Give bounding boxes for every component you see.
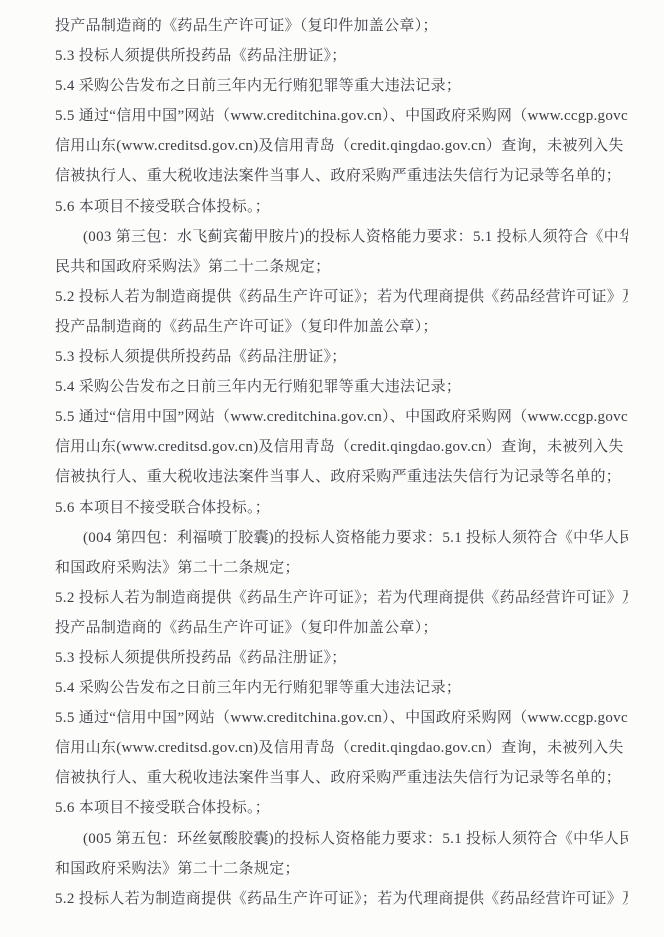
text-line: 5.6 本项目不接受联合体投标。； (55, 192, 628, 222)
text-line: 5.6 本项目不接受联合体投标。； (55, 493, 628, 523)
text-line: 投产品制造商的《药品生产许可证》（复印件加盖公章）； (55, 613, 628, 643)
text-line: 信用山东(www.creditsd.gov.cn)及信用青岛（credit.qi… (55, 131, 628, 161)
text-line: 信被执行人、重大税收违法案件当事人、政府采购严重违法失信行为记录等名单的； (55, 763, 628, 793)
text-line: 5.3 投标人须提供所投药品《药品注册证》； (55, 643, 628, 673)
text-line: 5.3 投标人须提供所投药品《药品注册证》； (55, 342, 628, 372)
text-line: 5.5 通过“信用中国”网站（www.creditchina.gov.cn）、中… (55, 402, 628, 432)
document-body: 投产品制造商的《药品生产许可证》（复印件加盖公章）；5.3 投标人须提供所投药品… (0, 0, 664, 914)
text-line: 5.2 投标人若为制造商提供《药品生产许可证》；若为代理商提供《药品经营许可证》… (55, 282, 628, 312)
text-line: 信用山东(www.creditsd.gov.cn)及信用青岛（credit.qi… (55, 733, 628, 763)
text-line: 5.2 投标人若为制造商提供《药品生产许可证》；若为代理商提供《药品经营许可证》… (55, 884, 628, 914)
text-line: 和国政府采购法》第二十二条规定； (55, 854, 628, 884)
document-page: 投产品制造商的《药品生产许可证》（复印件加盖公章）；5.3 投标人须提供所投药品… (0, 0, 664, 937)
text-line: 5.4 采购公告发布之日前三年内无行贿犯罪等重大违法记录； (55, 71, 628, 101)
text-line: (003 第三包：水飞蓟宾葡甲胺片)的投标人资格能力要求：5.1 投标人须符合《… (55, 222, 628, 252)
text-line: 投产品制造商的《药品生产许可证》（复印件加盖公章）； (55, 11, 628, 41)
text-line: 5.5 通过“信用中国”网站（www.creditchina.gov.cn）、中… (55, 101, 628, 131)
text-line: 和国政府采购法》第二十二条规定； (55, 553, 628, 583)
text-line: 5.2 投标人若为制造商提供《药品生产许可证》；若为代理商提供《药品经营许可证》… (55, 583, 628, 613)
text-line: 投产品制造商的《药品生产许可证》（复印件加盖公章）； (55, 312, 628, 342)
text-line: 5.5 通过“信用中国”网站（www.creditchina.gov.cn）、中… (55, 703, 628, 733)
text-line: 5.3 投标人须提供所投药品《药品注册证》； (55, 41, 628, 71)
text-line: 5.4 采购公告发布之日前三年内无行贿犯罪等重大违法记录； (55, 673, 628, 703)
text-line: 民共和国政府采购法》第二十二条规定； (55, 252, 628, 282)
text-line: 信被执行人、重大税收违法案件当事人、政府采购严重违法失信行为记录等名单的； (55, 161, 628, 191)
text-line: 5.4 采购公告发布之日前三年内无行贿犯罪等重大违法记录； (55, 372, 628, 402)
text-line: (004 第四包：利福喷丁胶囊)的投标人资格能力要求：5.1 投标人须符合《中华… (55, 523, 628, 553)
text-line: 信用山东(www.creditsd.gov.cn)及信用青岛（credit.qi… (55, 432, 628, 462)
text-line: 5.6 本项目不接受联合体投标。； (55, 793, 628, 823)
text-line: (005 第五包：环丝氨酸胶囊)的投标人资格能力要求：5.1 投标人须符合《中华… (55, 824, 628, 854)
text-line: 信被执行人、重大税收违法案件当事人、政府采购严重违法失信行为记录等名单的； (55, 462, 628, 492)
